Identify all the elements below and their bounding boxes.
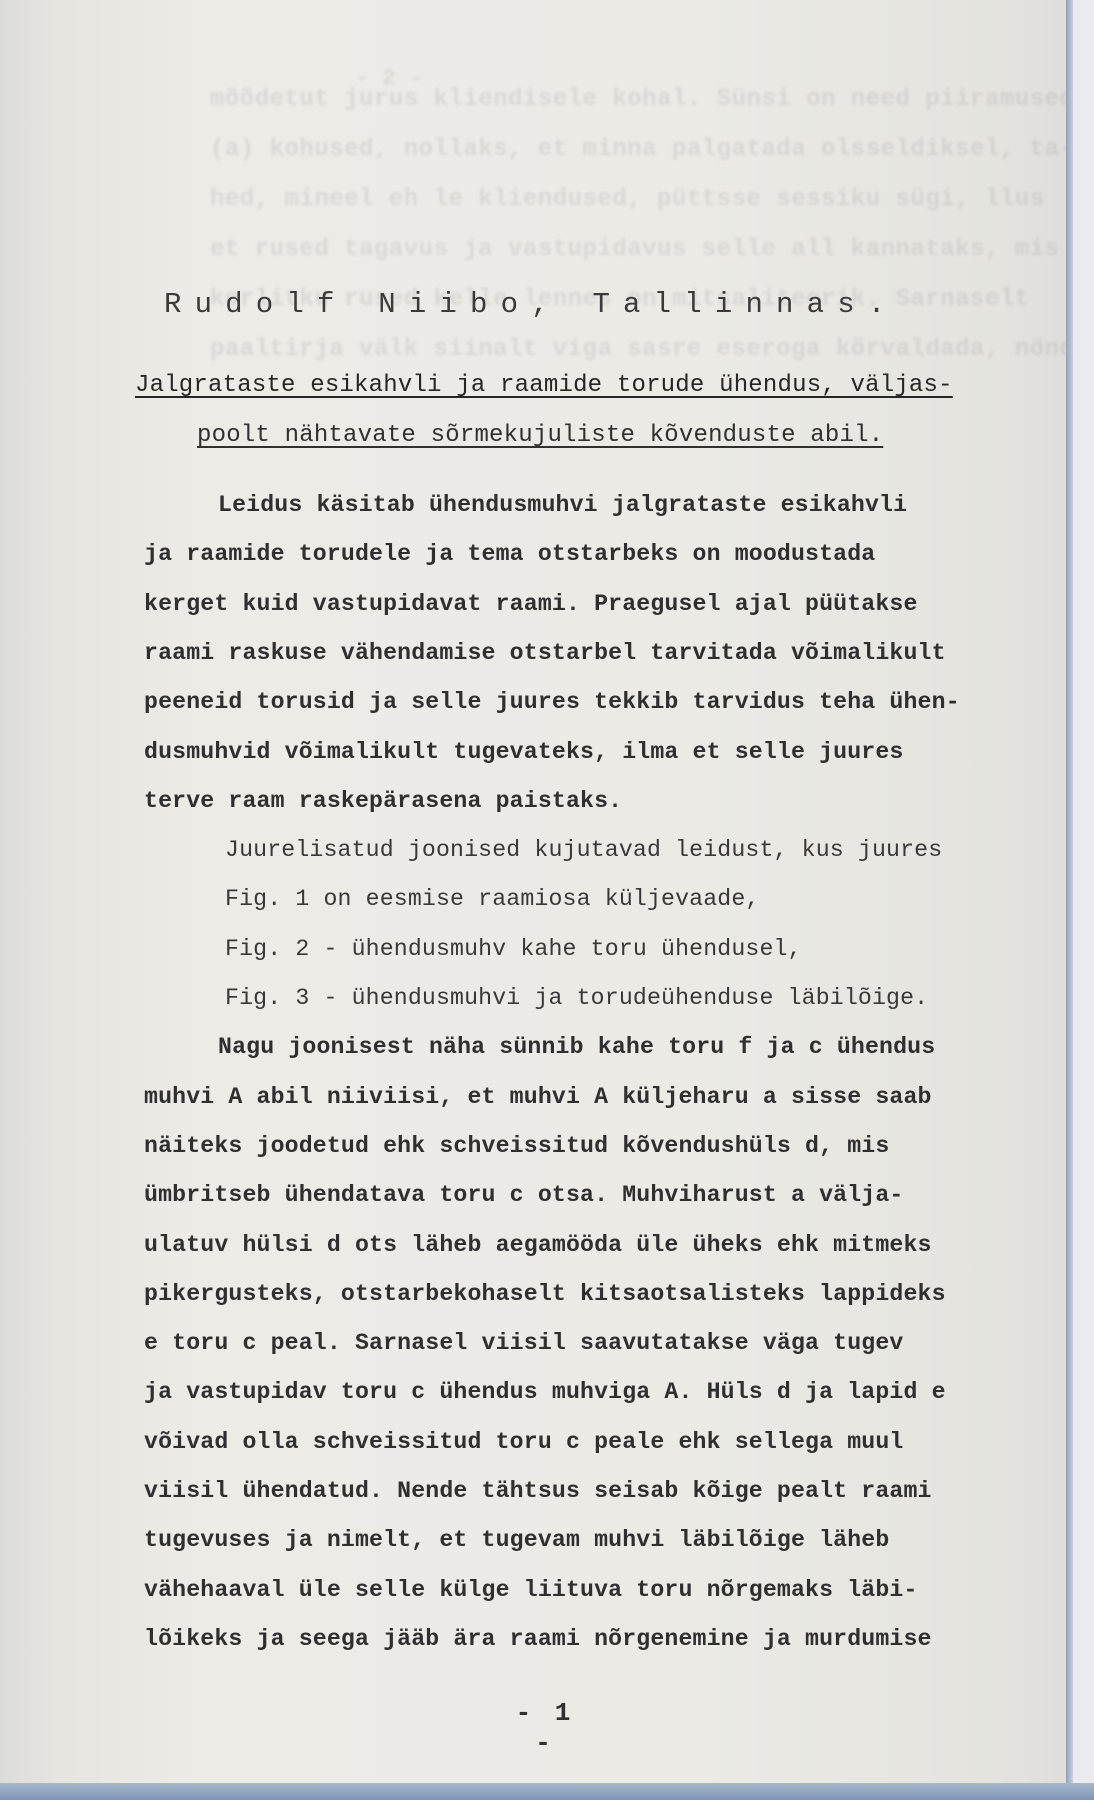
body-text-line: raami raskuse vähendamise otstarbel tarv… xyxy=(144,640,946,666)
bleed-through-line: et rused tagavus ja vastupidavus selle a… xyxy=(210,236,1010,263)
document-page: - 2 - mõõdetut jurus kliendisele kohal. … xyxy=(0,0,1070,1785)
document-title-line-2: poolt nähtavate sõrmekujuliste kõvendust… xyxy=(197,422,883,449)
body-text-line: kerget kuid vastupidavat raami. Praeguse… xyxy=(144,591,918,617)
body-text-line: vähehaaval üle selle külge liituva toru … xyxy=(144,1577,918,1603)
body-text-line: muhvi A abil niiviisi, et muhvi A küljeh… xyxy=(144,1084,932,1110)
bleed-through-line: hed, mineel eh le kliendused, püttsse se… xyxy=(210,186,1010,213)
body-text-line: Leidus käsitab ühendusmuhvi jalgrataste … xyxy=(218,492,907,518)
body-text-line: viisil ühendatud. Nende tähtsus seisab k… xyxy=(144,1478,932,1504)
document-title-line-1: Jalgrataste esikahvli ja raamide torude … xyxy=(135,372,953,399)
author-line: Rudolf Niibo, Tallinnas. xyxy=(164,288,898,321)
body-text-line: lõikeks ja seega jääb ära raami nõrgenem… xyxy=(144,1626,932,1652)
bleed-through-line: (a) kohused, nollaks, et minna palgatada… xyxy=(210,136,1010,163)
page-number: - 1 - xyxy=(505,1698,585,1758)
body-text-line: Nagu joonisest näha sünnib kahe toru f j… xyxy=(218,1034,935,1060)
body-text-line: ümbritseb ühendatava toru c otsa. Muhvih… xyxy=(144,1182,904,1208)
body-text-line: ja vastupidav toru c ühendus muhviga A. … xyxy=(144,1379,946,1405)
page-edge-right xyxy=(1066,0,1073,1785)
body-text-line: Fig. 3 - ühendusmuhvi ja torudeühenduse … xyxy=(225,985,928,1011)
body-text-line: Fig. 2 - ühendusmuhv kahe toru ühendusel… xyxy=(225,936,802,962)
body-text-line: pikergusteks, otstarbekohaselt kitsaotsa… xyxy=(144,1281,946,1307)
body-text-line: võivad olla schveissitud toru c peale eh… xyxy=(144,1429,904,1455)
background-strip xyxy=(1073,0,1094,1800)
body-text-line: e toru c peal. Sarnasel viisil saavutata… xyxy=(144,1330,904,1356)
body-text-line: ulatuv hülsi d ots läheb aegamööda üle ü… xyxy=(144,1232,932,1258)
page-edge-bottom xyxy=(0,1783,1094,1800)
bleed-through-line: mõõdetut jurus kliendisele kohal. Sünsi … xyxy=(210,86,1010,113)
body-text-line: dusmuhvid võimalikult tugevateks, ilma e… xyxy=(144,739,904,765)
bleed-through-line: paaltirja välk siinalt viga sasre eserog… xyxy=(210,336,1010,363)
body-text-line: näiteks joodetud ehk schveissitud kõvend… xyxy=(144,1133,889,1159)
body-text-line: Fig. 1 on eesmise raamiosa küljevaade, xyxy=(225,886,759,912)
body-text-line: ja raamide torudele ja tema otstarbeks o… xyxy=(144,541,875,567)
body-text-line: tugevuses ja nimelt, et tugevam muhvi lä… xyxy=(144,1527,889,1553)
body-text-line: terve raam raskepärasena paistaks. xyxy=(144,788,622,814)
body-text-line: Juurelisatud joonised kujutavad leidust,… xyxy=(225,837,942,863)
body-text-line: peeneid torusid ja selle juures tekkib t… xyxy=(144,689,960,715)
